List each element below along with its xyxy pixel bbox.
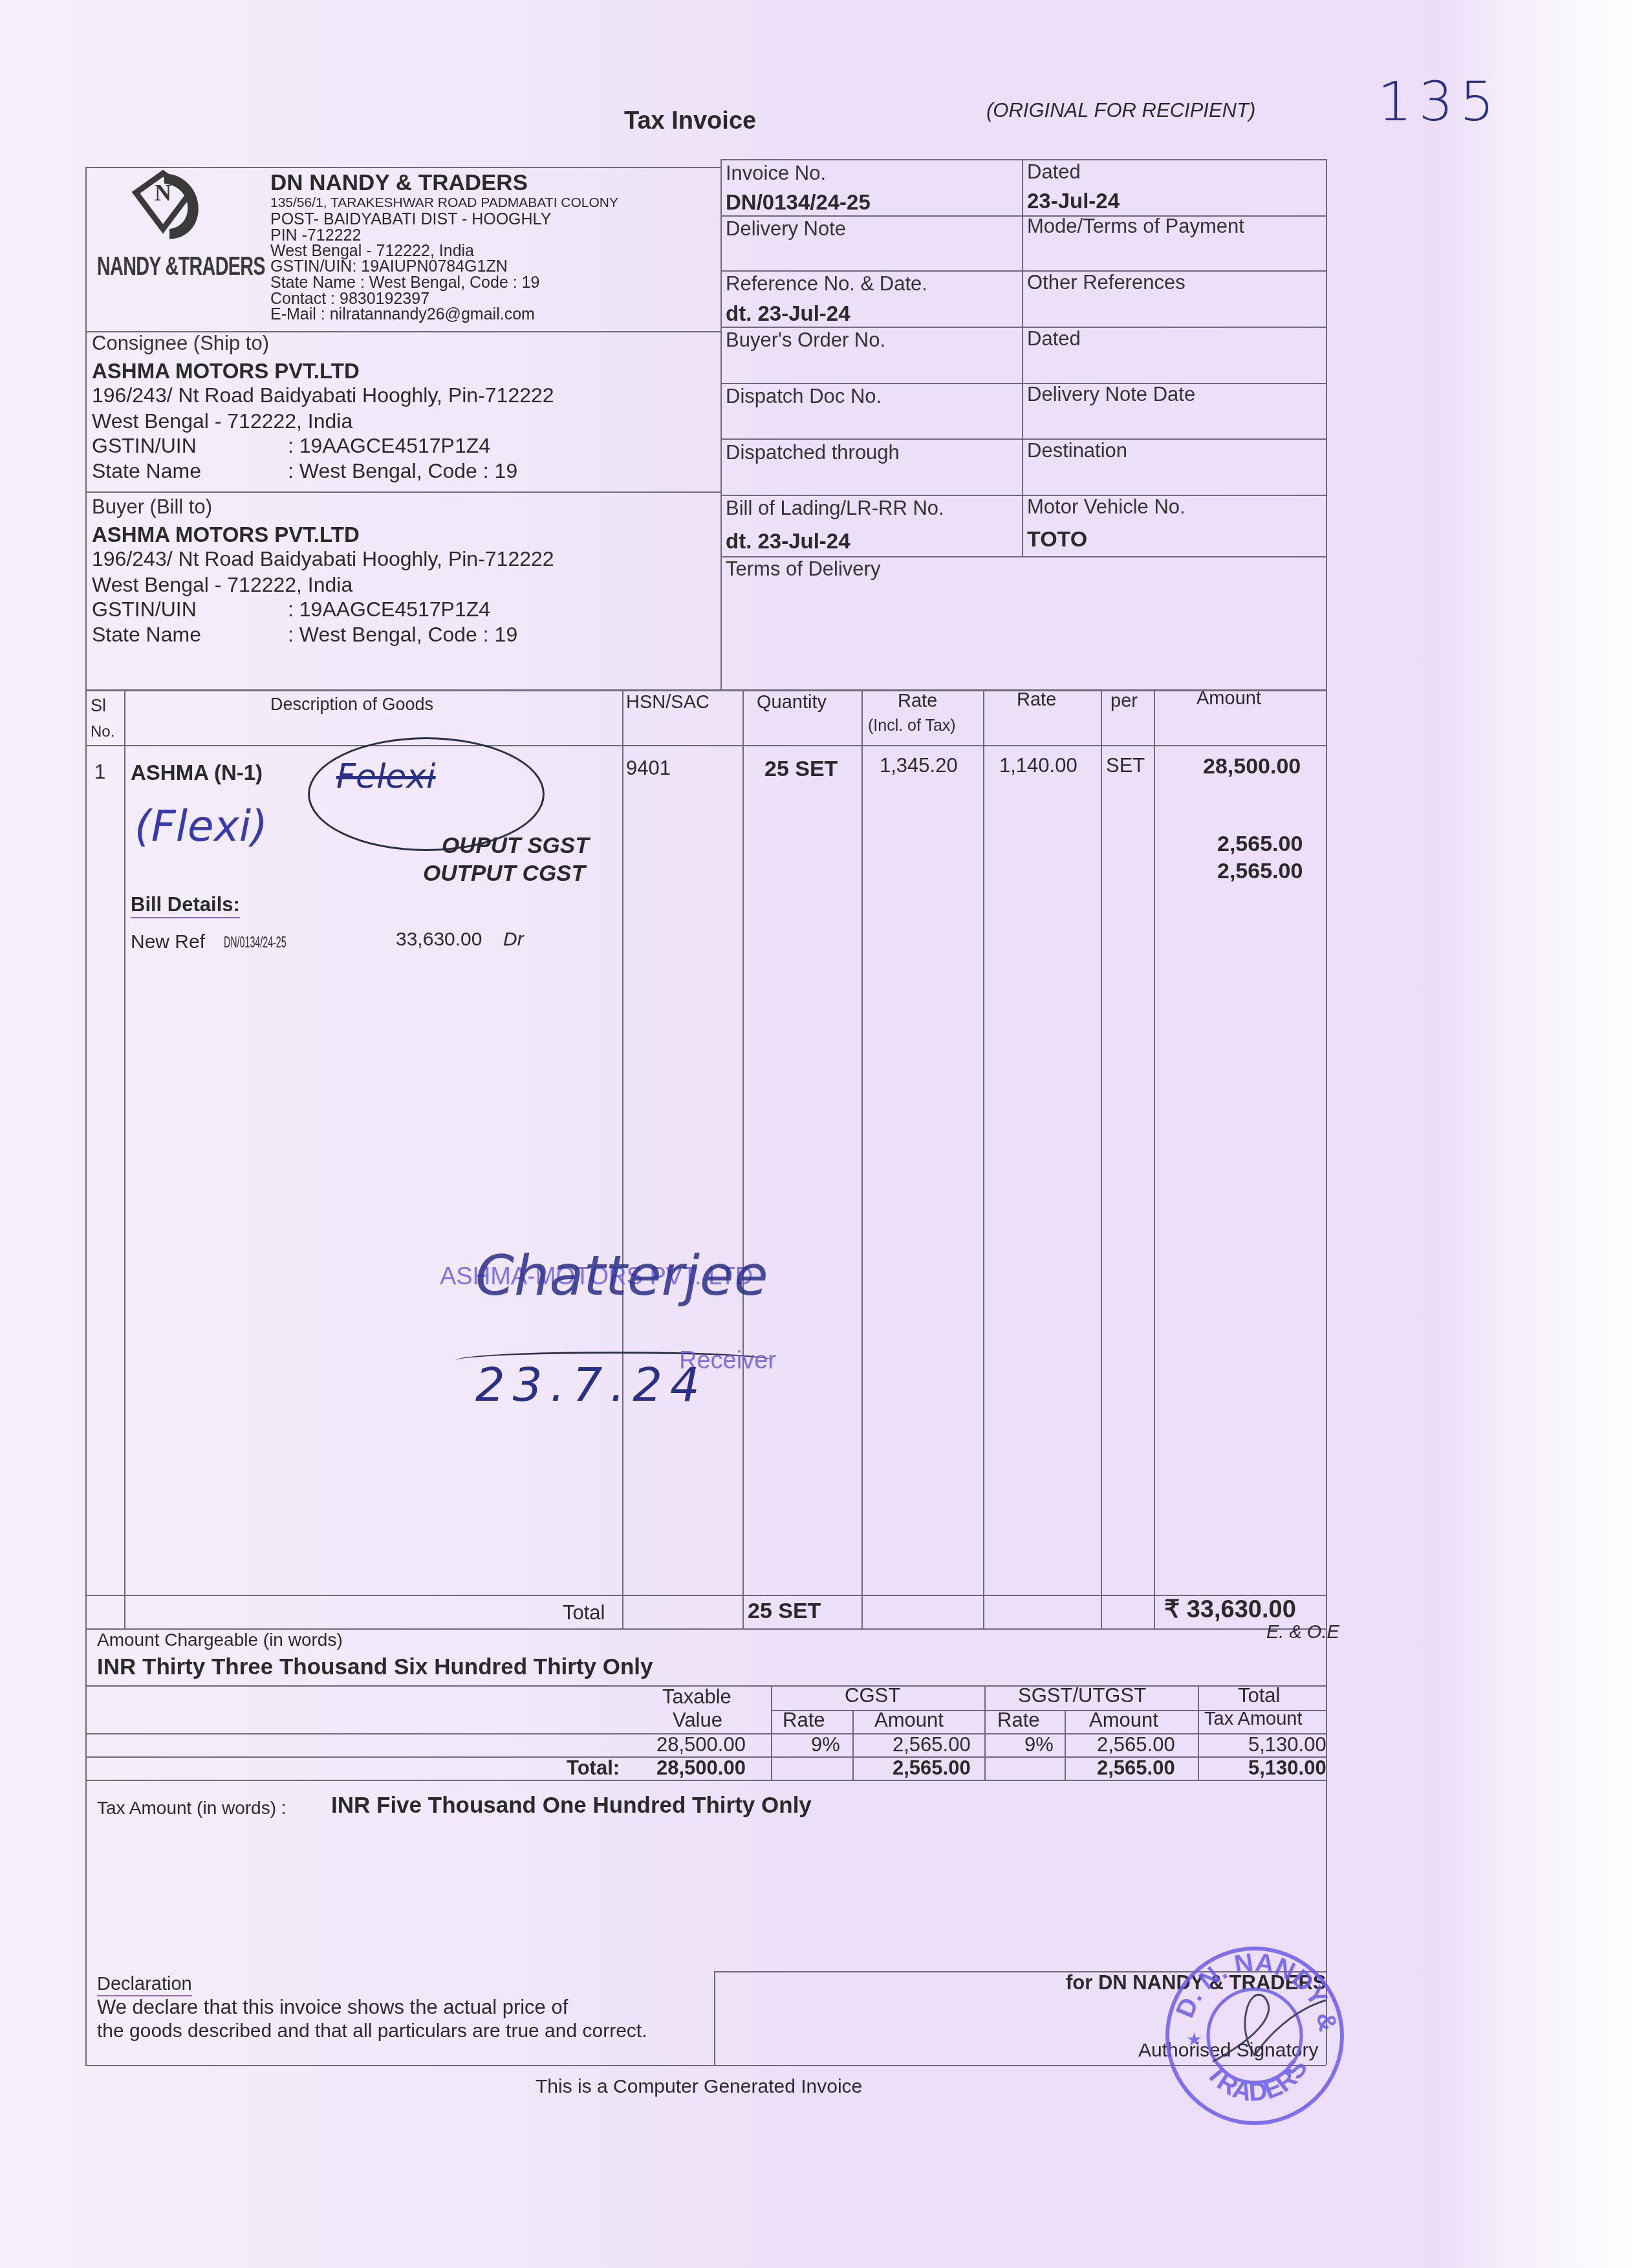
consignee-name: ASHMA MOTORS PVT.LTD	[92, 360, 360, 382]
invoice-no-label: Invoice No.	[726, 163, 826, 183]
buyers-order-label: Buyer's Order No.	[726, 330, 885, 350]
amount-words-value: INR Thirty Three Thousand Six Hundred Th…	[97, 1656, 653, 1678]
document-title: Tax Invoice	[624, 109, 756, 133]
tax-col-value: Value	[673, 1710, 722, 1730]
seller-email: E-Mail : nilratannandy26@gmail.com	[270, 307, 535, 323]
terms-of-delivery-label: Terms of Delivery	[726, 559, 880, 579]
dispatch-doc-label: Dispatch Doc No.	[726, 386, 882, 406]
item-rate: 1,140.00	[999, 755, 1077, 775]
tax-col-sgst-rate: Rate	[997, 1710, 1039, 1730]
item-amount: 28,500.00	[1203, 755, 1301, 777]
consignee-state-label: State Name	[92, 460, 201, 481]
payment-terms-label: Mode/Terms of Payment	[1027, 216, 1244, 236]
tax-total-taxable: 28,500.00	[656, 1758, 746, 1778]
nd-monogram-icon: N	[131, 169, 215, 244]
buyer-gstin: : 19AAGCE4517P1Z4	[288, 599, 490, 620]
delivery-note-date-label: Delivery Note Date	[1027, 384, 1195, 404]
tax-col-taxable: Taxable	[662, 1687, 731, 1707]
seller-state: State Name : West Bengal, Code : 19	[270, 275, 539, 291]
total-quantity: 25 SET	[748, 1600, 821, 1622]
item-description: ASHMA (N-1)	[131, 762, 263, 783]
col-header-description: Description of Goods	[270, 696, 433, 713]
bill-ref-label: New Ref	[131, 933, 205, 952]
tax-sgst-amount: 2,565.00	[1097, 1734, 1175, 1755]
seller-name: DN NANDY & TRADERS	[270, 171, 528, 194]
reference-value: dt. 23-Jul-24	[726, 303, 850, 324]
dated-label: Dated	[1027, 162, 1081, 182]
col-header-amount: Amount	[1196, 689, 1261, 708]
bill-details-label: Bill Details:	[131, 894, 240, 918]
consignee-state: : West Bengal, Code : 19	[288, 460, 517, 481]
bill-ref-type: Dr	[503, 930, 524, 949]
consignee-gstin-label: GSTIN/UIN	[92, 435, 197, 456]
tax-col-total: Total	[1238, 1685, 1280, 1705]
tax-words-label: Tax Amount (in words) :	[97, 1799, 287, 1817]
handwritten-receive-date: 23.7.24	[475, 1361, 708, 1408]
amount-words-label: Amount Chargeable (in words)	[97, 1631, 343, 1649]
tax-total-cgst: 2,565.00	[893, 1758, 971, 1778]
company-stamp: D. N. NANDY & TRADERS ★	[1158, 1939, 1352, 2133]
bill-of-lading-value: dt. 23-Jul-24	[726, 530, 850, 552]
tax-col-total-tax: Tax Amount	[1204, 1710, 1303, 1729]
seller-address-line: POST- BAIDYABATI DIST - HOOGHLY	[270, 211, 551, 228]
col-header-rate-incl: Rate	[898, 692, 937, 711]
col-header-rate-incl-note: (Incl. of Tax)	[868, 718, 956, 734]
delivery-note-label: Delivery Note	[726, 219, 846, 239]
tax-col-cgst: CGST	[845, 1685, 900, 1705]
item-hsn: 9401	[626, 758, 671, 778]
svg-text:D. N. NANDY &: D. N. NANDY &	[1171, 1948, 1342, 2034]
total-label: Total	[563, 1603, 605, 1623]
output-sgst-amount: 2,565.00	[1217, 833, 1303, 855]
round-stamp-icon: D. N. NANDY & TRADERS ★	[1158, 1939, 1352, 2133]
tax-total-amount: 5,130.00	[1248, 1734, 1326, 1755]
output-sgst-label: OUPUT SGST	[442, 834, 589, 857]
bill-of-lading-label: Bill of Lading/LR-RR No.	[726, 498, 944, 518]
tax-words-value: INR Five Thousand One Hundred Thirty Onl…	[331, 1794, 812, 1817]
col-header-quantity: Quantity	[757, 693, 827, 712]
dispatched-through-label: Dispatched through	[726, 442, 900, 462]
item-per: SET	[1106, 755, 1145, 775]
buyer-address: West Bengal - 712222, India	[92, 574, 352, 595]
tax-cgst-amount: 2,565.00	[893, 1734, 971, 1755]
tax-cgst-rate: 9%	[811, 1734, 840, 1755]
seller-logo: N NANDY &TRADERS	[97, 169, 252, 299]
consignee-label: Consignee (Ship to)	[92, 333, 269, 353]
seller-gstin: GSTIN/UIN: 19AIUPN0784G1ZN	[270, 259, 508, 275]
item-sl: 1	[94, 762, 105, 782]
tax-col-sgst: SGST/UTGST	[1018, 1685, 1146, 1705]
tax-sgst-rate: 9%	[1024, 1734, 1054, 1755]
tax-col-cgst-rate: Rate	[783, 1710, 825, 1730]
invoice-date: 23-Jul-24	[1027, 190, 1120, 211]
item-quantity: 25 SET	[764, 758, 838, 780]
handwritten-page-number: 135	[1378, 74, 1500, 129]
footer-note: This is a Computer Generated Invoice	[536, 2077, 862, 2097]
tax-taxable-value: 28,500.00	[656, 1734, 746, 1755]
output-cgst-amount: 2,565.00	[1217, 860, 1303, 882]
declaration-text-line: the goods described and that all particu…	[97, 2022, 647, 2041]
col-header-rate: Rate	[1017, 691, 1056, 709]
invoice-no: DN/0134/24-25	[726, 191, 871, 213]
bill-ref-amount: 33,630.00	[396, 930, 482, 949]
buyers-order-dated-label: Dated	[1027, 329, 1081, 349]
receiver-signature: Chatterjee	[475, 1248, 768, 1304]
buyer-state: : West Bengal, Code : 19	[288, 624, 517, 645]
declaration-text-line: We declare that this invoice shows the a…	[97, 1997, 568, 2017]
bill-ref-number: DN/0134/24-25	[224, 935, 287, 950]
handwritten-struck-text: Felexi	[336, 760, 436, 794]
total-amount: ₹ 33,630.00	[1164, 1597, 1296, 1622]
tax-total-sgst: 2,565.00	[1097, 1758, 1175, 1778]
declaration-label: Declaration	[97, 1975, 192, 1996]
buyer-address: 196/243/ Nt Road Baidyabati Hooghly, Pin…	[92, 548, 554, 569]
tax-total-tax: 5,130.00	[1248, 1758, 1326, 1778]
svg-text:★: ★	[1186, 2029, 1202, 2049]
col-header-hsn: HSN/SAC	[626, 693, 709, 712]
tax-col-sgst-amount: Amount	[1089, 1710, 1158, 1730]
consignee-address: West Bengal - 712222, India	[92, 411, 352, 431]
item-rate-incl: 1,345.20	[880, 755, 958, 775]
tax-col-cgst-amount: Amount	[874, 1710, 944, 1730]
buyer-label: Buyer (Bill to)	[92, 497, 212, 517]
tax-total-label: Total:	[567, 1758, 620, 1778]
other-references-label: Other References	[1027, 272, 1186, 292]
reference-label: Reference No. & Date.	[726, 274, 927, 294]
handwritten-note: (Flexi)	[135, 805, 268, 848]
eoe-label: E. & O.E	[1266, 1623, 1339, 1642]
svg-text:N: N	[155, 180, 171, 206]
motor-vehicle-label: Motor Vehicle No.	[1027, 497, 1186, 517]
col-header-per: per	[1110, 692, 1138, 711]
buyer-gstin-label: GSTIN/UIN	[92, 599, 197, 620]
copy-label: (ORIGINAL FOR RECIPIENT)	[986, 100, 1255, 120]
consignee-address: 196/243/ Nt Road Baidyabati Hooghly, Pin…	[92, 385, 554, 405]
buyer-state-label: State Name	[92, 624, 201, 645]
col-header-sl: Sl	[91, 697, 106, 715]
logo-text: NANDY &TRADERS	[97, 254, 265, 279]
motor-vehicle-value: TOTO	[1027, 528, 1087, 550]
output-cgst-label: OUTPUT CGST	[423, 862, 585, 885]
consignee-gstin: : 19AAGCE4517P1Z4	[288, 435, 490, 456]
seller-address-line: 135/56/1, TARAKESHWAR ROAD PADMABATI COL…	[270, 196, 618, 210]
buyer-name: ASHMA MOTORS PVT.LTD	[92, 524, 360, 545]
destination-label: Destination	[1027, 440, 1127, 460]
col-header-sl-no: No.	[91, 724, 114, 740]
